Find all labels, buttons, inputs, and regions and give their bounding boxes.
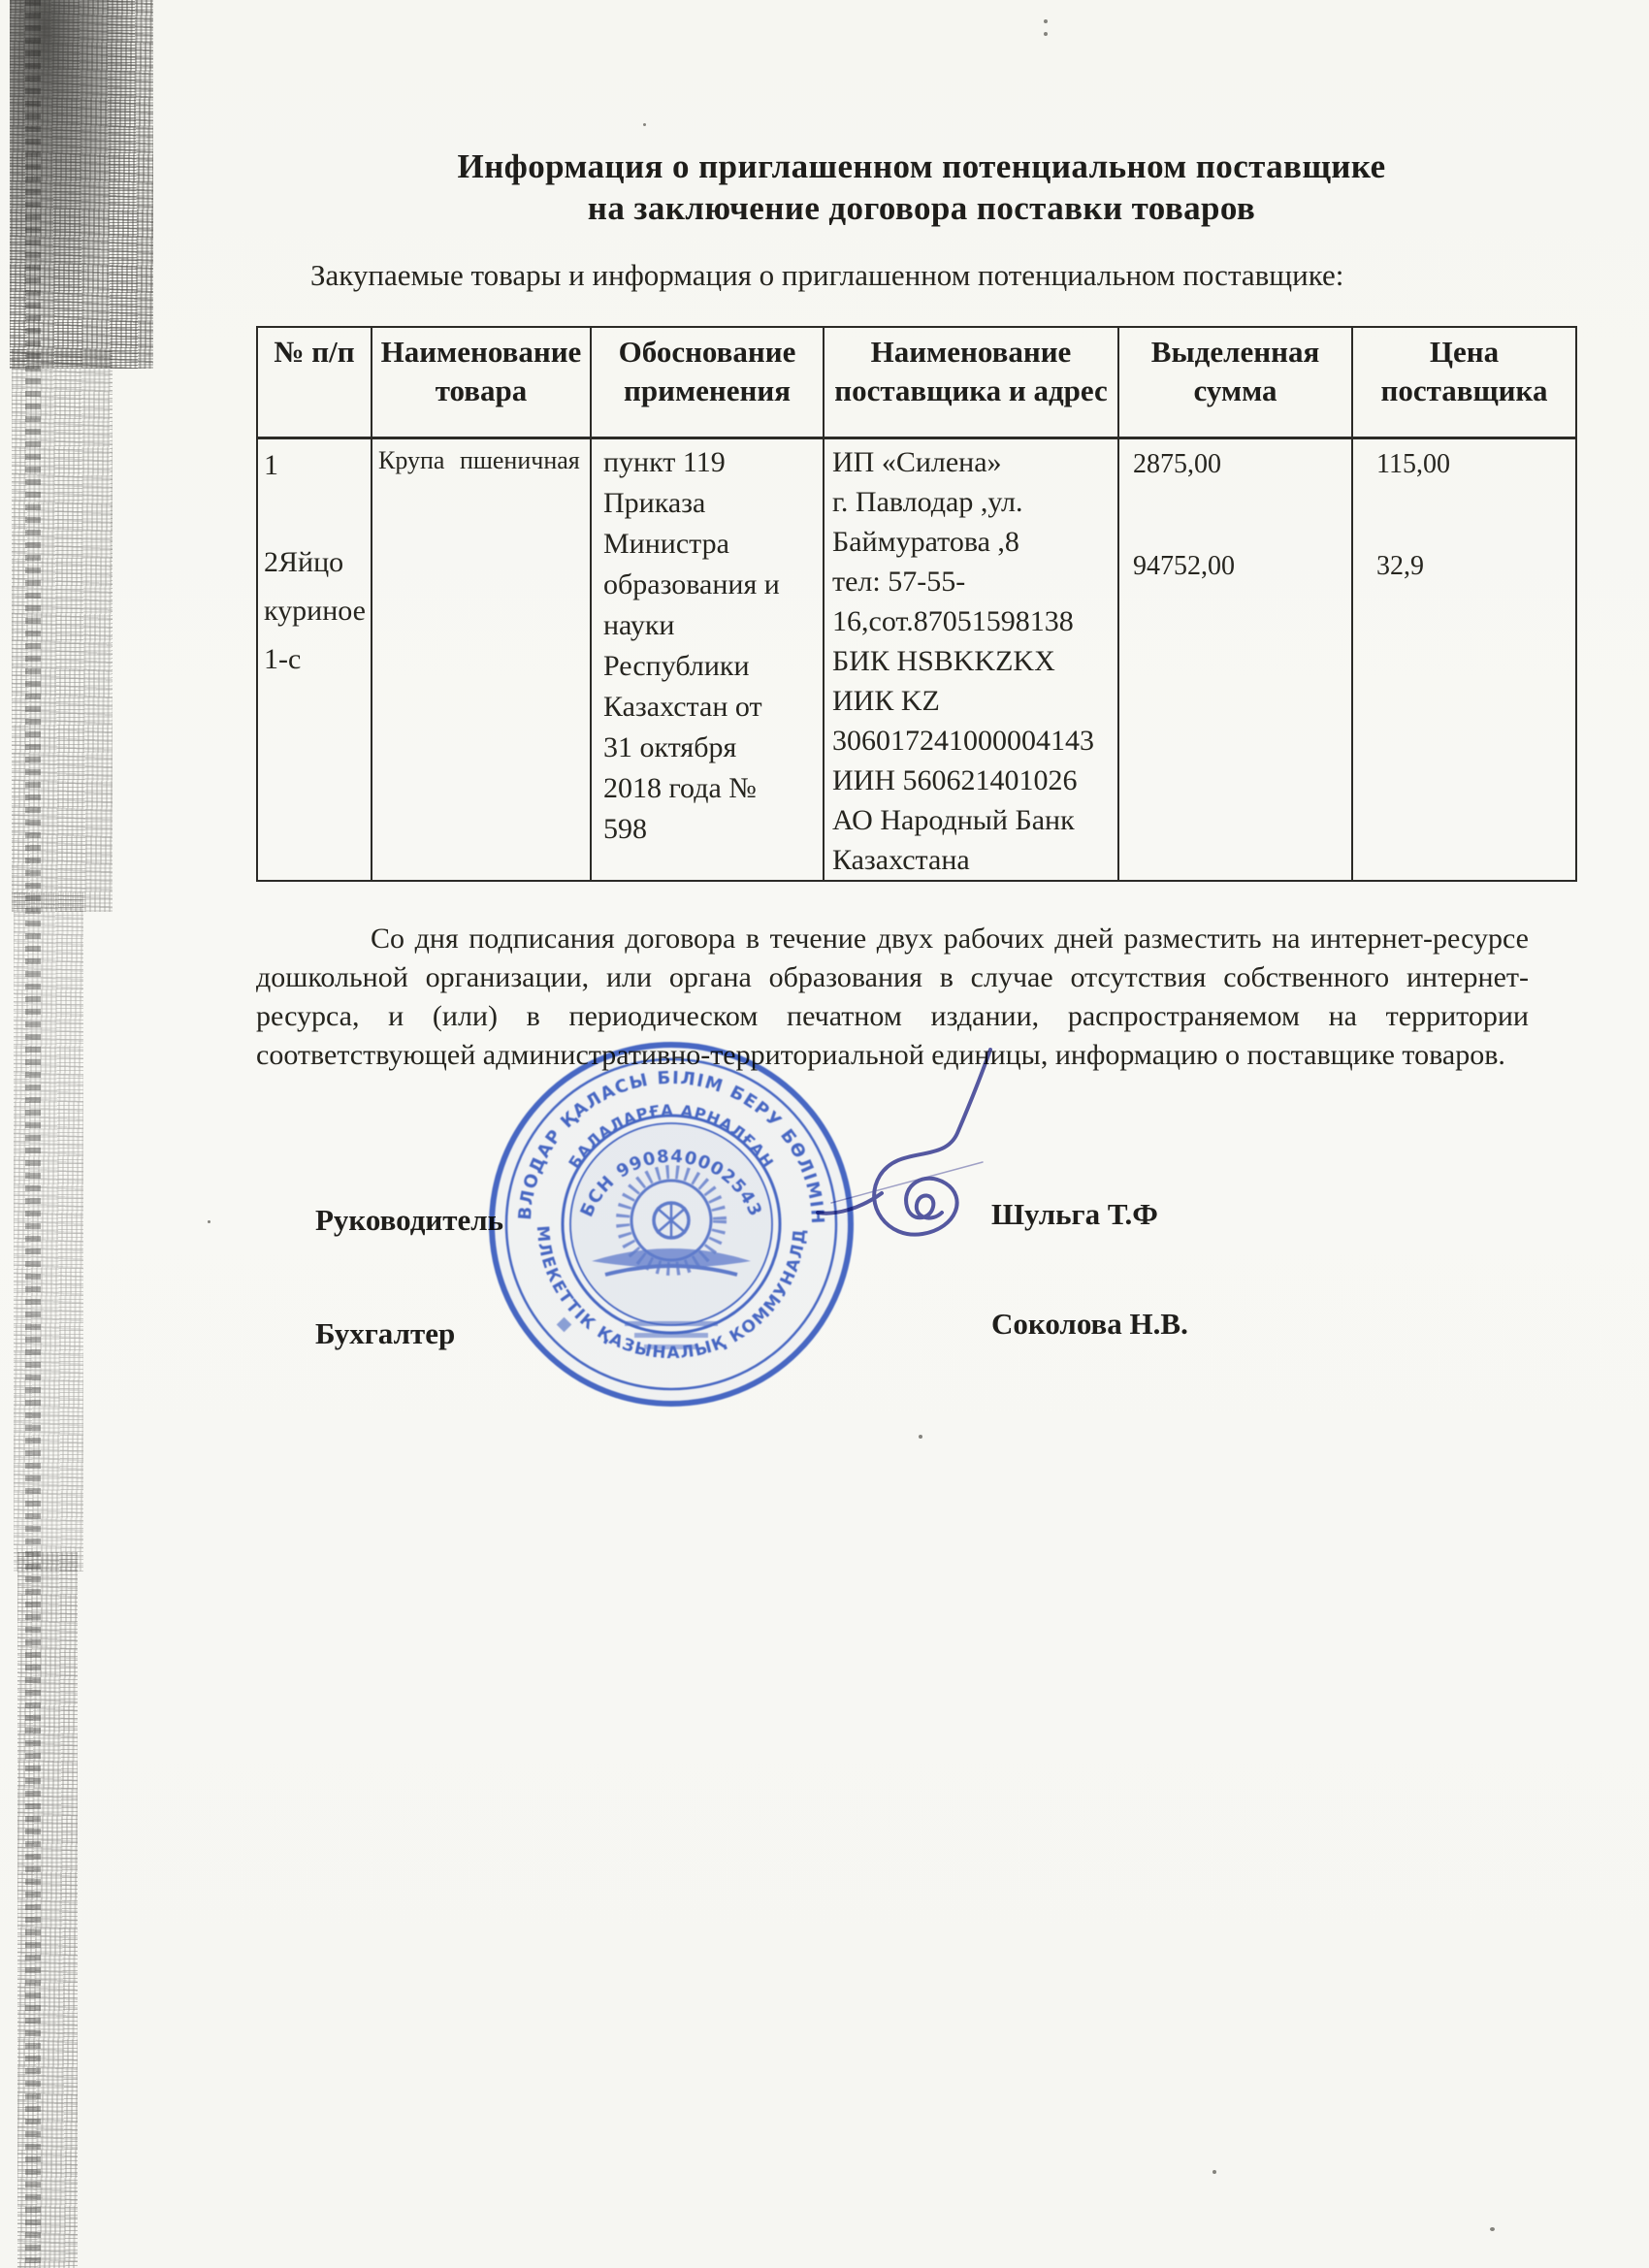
scan-noise-band-top — [10, 0, 153, 369]
scan-noise-band-middle — [14, 892, 83, 1571]
cell-justification: пункт 119 Приказа Министра образования и… — [591, 437, 824, 881]
handwritten-signature — [810, 1040, 1023, 1273]
signature-role-director: Руководитель — [315, 1203, 503, 1238]
cell-supplier-prices: 115,00 32,9 — [1352, 437, 1576, 881]
table-row: 1 2Яйцо куриное 1-с Крупа пшеничная пунк… — [257, 437, 1576, 881]
scan-speck — [208, 1220, 210, 1223]
title-line-2: на заключение договора поставки товаров — [262, 187, 1581, 229]
signature-role-accountant: Бухгалтер — [315, 1316, 455, 1351]
header-allocated-amount: Выделенная сумма — [1118, 327, 1352, 437]
header-number: № п/п — [257, 327, 372, 437]
scanned-document-page: Информация о приглашенном потенциальном … — [0, 0, 1649, 2268]
scan-speck — [643, 123, 646, 126]
scan-speck — [1490, 2227, 1495, 2231]
scan-noise-streak — [25, 0, 41, 2268]
scan-speck — [919, 1435, 922, 1439]
cell-supplier-details: ИП «Силена» г. Павлодар ,ул. Баймуратова… — [824, 437, 1118, 881]
document-title: Информация о приглашенном потенциальном … — [262, 146, 1581, 229]
cell-product-name: Крупа пшеничная — [372, 437, 591, 881]
title-line-1: Информация о приглашенном потенциальном … — [262, 146, 1581, 187]
header-justification: Обоснование применения — [591, 327, 824, 437]
scan-noise-band-upper — [12, 349, 113, 912]
scan-speck — [1044, 19, 1048, 23]
scan-noise-band-bottom — [17, 1552, 78, 2268]
scan-speck — [1212, 2170, 1216, 2174]
header-supplier-price: Цена поставщика — [1352, 327, 1576, 437]
supplier-info-table: № п/п Наименование товара Обоснование пр… — [256, 326, 1577, 882]
header-product-name: Наименование товара — [372, 327, 591, 437]
signature-name-accountant: Соколова Н.В. — [991, 1307, 1188, 1342]
cell-item-numbers: 1 2Яйцо куриное 1-с — [257, 437, 372, 881]
official-round-stamp: ПАВЛОДАР ҚАЛАСЫ БІЛІМ БЕРУ БӨЛІМІНІҢ МЕМ… — [477, 1030, 865, 1418]
table-header-row: № п/п Наименование товара Обоснование пр… — [257, 327, 1576, 437]
header-supplier-address: Наименование поставщика и адрес — [824, 327, 1118, 437]
cell-allocated-amounts: 2875,00 94752,00 — [1118, 437, 1352, 881]
intro-sentence: Закупаемые товары и информация о приглаш… — [256, 258, 1488, 293]
scan-speck — [1044, 32, 1048, 36]
